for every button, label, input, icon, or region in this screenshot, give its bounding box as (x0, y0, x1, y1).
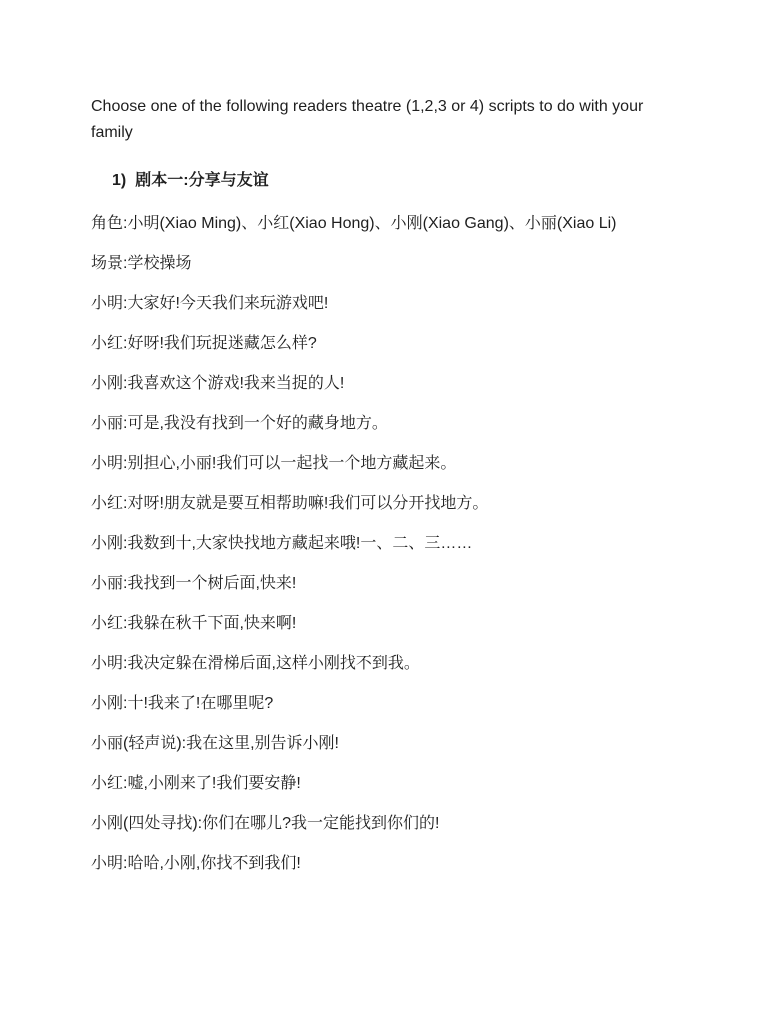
dialogue-line-10: 小明:我决定躲在滑梯后面,这样小刚找不到我。 (91, 651, 677, 677)
script-heading: 1)剧本一:分享与友谊 (91, 168, 677, 194)
dialogue-line-2: 小红:好呀!我们玩捉迷藏怎么样? (91, 331, 677, 357)
dialogue-line-12: 小丽(轻声说):我在这里,别告诉小刚! (91, 731, 677, 757)
dialogue-line-14: 小刚(四处寻找):你们在哪儿?我一定能找到你们的! (91, 811, 677, 837)
roles-line: 角色:小明(Xiao Ming)、小红(Xiao Hong)、小刚(Xiao G… (91, 211, 677, 237)
dialogue-line-8: 小丽:我找到一个树后面,快来! (91, 571, 677, 597)
dialogue-line-5: 小明:别担心,小丽!我们可以一起找一个地方藏起来。 (91, 451, 677, 477)
dialogue-line-4: 小丽:可是,我没有找到一个好的藏身地方。 (91, 411, 677, 437)
dialogue-line-13: 小红:嘘,小刚来了!我们要安静! (91, 771, 677, 797)
dialogue-line-1: 小明:大家好!今天我们来玩游戏吧! (91, 291, 677, 317)
document-page: Choose one of the following readers thea… (0, 0, 768, 1024)
heading-title: 剧本一:分享与友谊 (135, 172, 268, 189)
dialogue-line-3: 小刚:我喜欢这个游戏!我来当捉的人! (91, 371, 677, 397)
dialogue-line-6: 小红:对呀!朋友就是要互相帮助嘛!我们可以分开找地方。 (91, 491, 677, 517)
scene-line: 场景:学校操场 (91, 251, 677, 277)
intro-paragraph: Choose one of the following readers thea… (91, 94, 677, 146)
dialogue-line-9: 小红:我躲在秋千下面,快来啊! (91, 611, 677, 637)
dialogue-line-7: 小刚:我数到十,大家快找地方藏起来哦!一、二、三…… (91, 531, 677, 557)
dialogue-list: 小明:大家好!今天我们来玩游戏吧! 小红:好呀!我们玩捉迷藏怎么样? 小刚:我喜… (91, 291, 677, 877)
heading-number: 1) (112, 168, 126, 194)
dialogue-line-11: 小刚:十!我来了!在哪里呢? (91, 691, 677, 717)
dialogue-line-15: 小明:哈哈,小刚,你找不到我们! (91, 851, 677, 877)
